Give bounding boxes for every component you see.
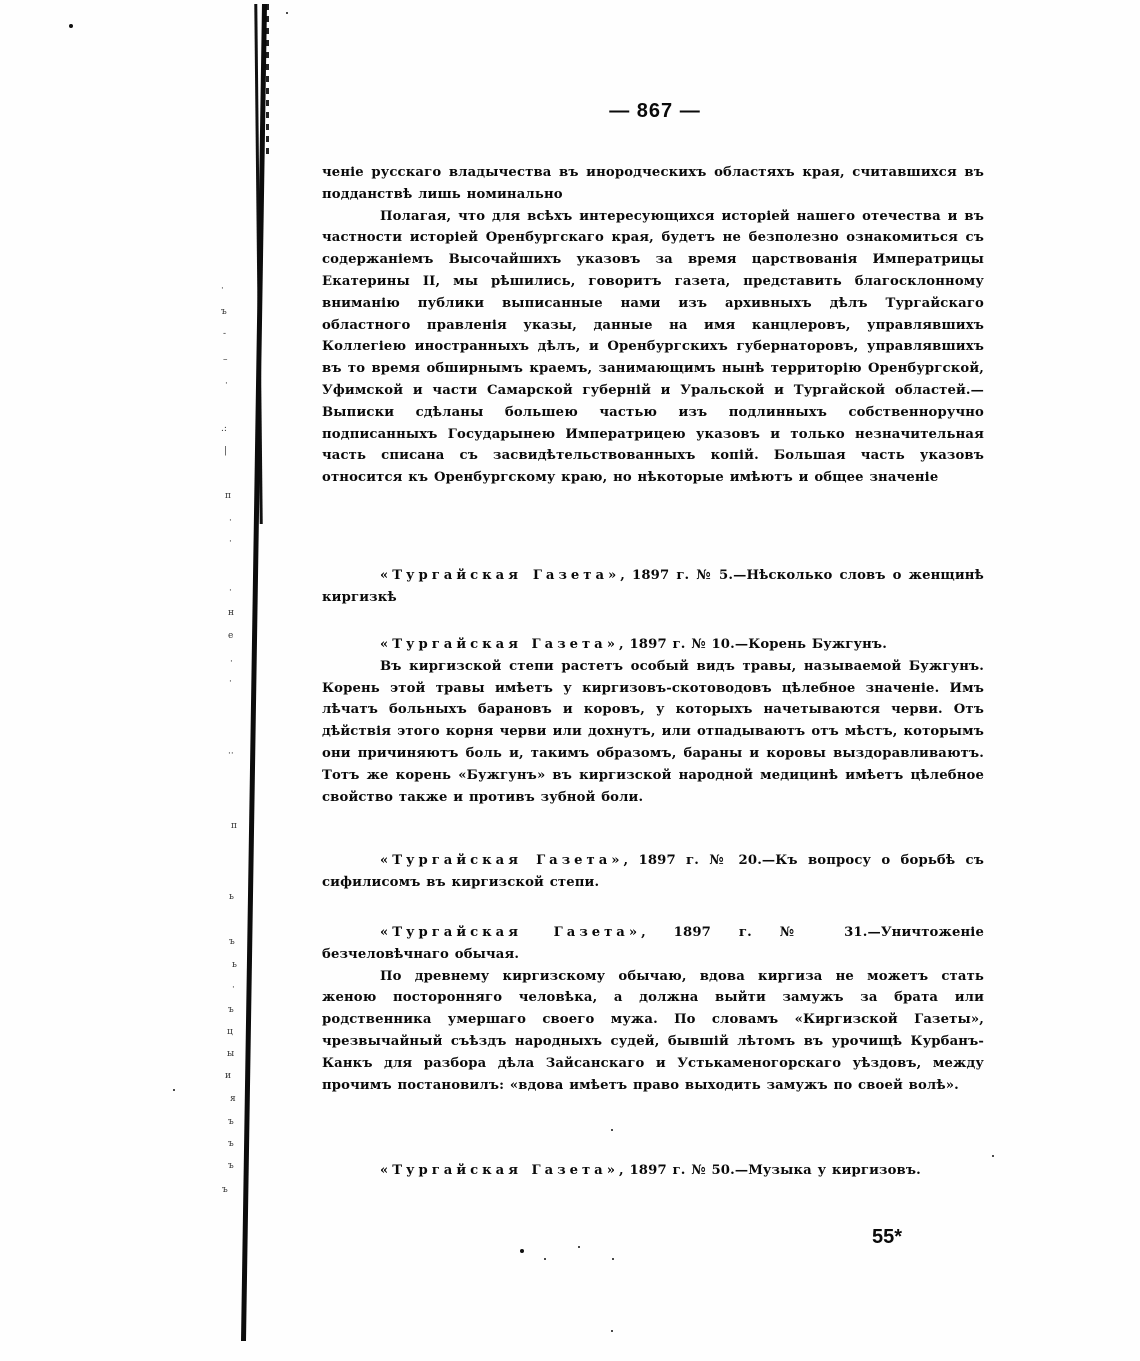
bleed-through-fragment: ъ — [228, 1118, 234, 1127]
bleed-through-fragment: · — [229, 678, 232, 687]
bleed-through-fragment: · — [221, 285, 224, 294]
bleed-through-fragment: ъ — [221, 308, 227, 317]
bibliography-entry: «Тургайская Газета», 1897 г. № 5.—Нѣскол… — [322, 565, 984, 609]
entry-title: Музыка у киргизовъ. — [748, 1163, 921, 1178]
bleed-through-fragment: ь — [232, 961, 237, 970]
bleed-through-fragment: · — [232, 984, 235, 993]
entry-citation: , 1897 г. № 31.— — [641, 925, 881, 940]
bleed-through-fragment: · — [229, 517, 232, 526]
bleed-through-fragment: – — [223, 356, 228, 365]
continuation-paragraph: ченіе русскаго владычества въ инородческ… — [322, 162, 984, 206]
scan-speck — [544, 1258, 546, 1260]
bibliography-entry: «Тургайская Газета», 1897 г. № 50.—Музык… — [322, 1160, 984, 1182]
entry-title: Корень Бужгунъ. — [748, 637, 887, 652]
bibliography-entry: «Тургайская Газета», 1897 г. № 20.—Къ во… — [322, 850, 984, 894]
entry-source: «Тургайская Газета» — [380, 637, 619, 652]
body-text-block: ченіе русскаго владычества въ инородческ… — [322, 162, 984, 489]
entry-citation: , 1897 г. № 10.— — [619, 637, 748, 652]
bleed-through-fragment: я — [230, 1095, 236, 1104]
bleed-through-fragment: .: — [221, 425, 227, 434]
entry-source: «Тургайская Газета» — [380, 1163, 619, 1178]
entry-citation: , 1897 г. № 50.— — [619, 1163, 748, 1178]
entry-citation: , 1897 г. № 5.— — [620, 568, 746, 583]
paragraph: Полагая, что для всѣхъ интересующихся ис… — [322, 206, 984, 489]
scan-speck — [286, 12, 288, 14]
scan-speck — [173, 1089, 175, 1091]
entry-source: «Тургайская Газета» — [380, 925, 641, 940]
bibliography-entry: «Тургайская Газета», 1897 г. № 10.—Корен… — [322, 634, 984, 808]
entry-source: «Тургайская Газета» — [380, 568, 620, 583]
bleed-through-fragment: п — [231, 822, 237, 831]
bleed-through-fragment: ц — [227, 1028, 233, 1037]
bleed-through-fragment: · — [229, 587, 232, 596]
entry-summary: Въ киргизской степи растетъ особый видъ … — [322, 656, 984, 809]
bleed-through-fragment: и — [225, 1072, 231, 1081]
bleed-through-fragment: е — [228, 632, 233, 641]
bleed-through-fragment: · — [225, 380, 228, 389]
bleed-through-fragment: - — [223, 330, 226, 339]
page-number: — 867 — — [0, 100, 1140, 123]
scan-speck — [69, 24, 73, 28]
scan-speck — [611, 1330, 613, 1332]
bleed-through-fragment: н — [228, 609, 234, 618]
entry-source: «Тургайская Газета» — [380, 853, 624, 868]
bleed-through-fragment: ы — [227, 1050, 234, 1059]
scan-speck — [612, 1258, 614, 1260]
entry-citation: , 1897 г. № 20.— — [624, 853, 776, 868]
scan-speck — [611, 1129, 613, 1131]
scan-speck — [992, 1155, 994, 1157]
bleed-through-fragment: · — [230, 658, 233, 667]
bleed-through-fragment: ъ — [222, 1186, 228, 1195]
bleed-through-fragment: ъ — [229, 938, 235, 947]
scanned-page: · ъ - – · .: | п · · · н е · · ·· п ь ъ … — [0, 0, 1140, 1361]
bleed-through-fragment: ъ — [228, 1140, 234, 1149]
bleed-through-fragment: ъ — [228, 1162, 234, 1171]
signature-mark: 55* — [872, 1226, 902, 1249]
bibliography-entry: «Тургайская Газета», 1897 г. № 31.—Уничт… — [322, 922, 984, 1096]
scan-speck — [520, 1249, 524, 1253]
scan-speck — [578, 1246, 580, 1248]
binding-gutter-line — [241, 4, 267, 1341]
bleed-through-fragment: | — [224, 447, 227, 456]
bleed-through-fragment: ъ — [228, 1006, 234, 1015]
entry-summary: По древнему киргизскому обычаю, вдова ки… — [322, 966, 984, 1097]
bleed-through-fragment: · — [229, 538, 232, 547]
bleed-through-fragment: ·· — [228, 750, 234, 759]
bleed-through-fragment: ь — [229, 893, 234, 902]
bleed-through-fragment: п — [225, 492, 231, 501]
